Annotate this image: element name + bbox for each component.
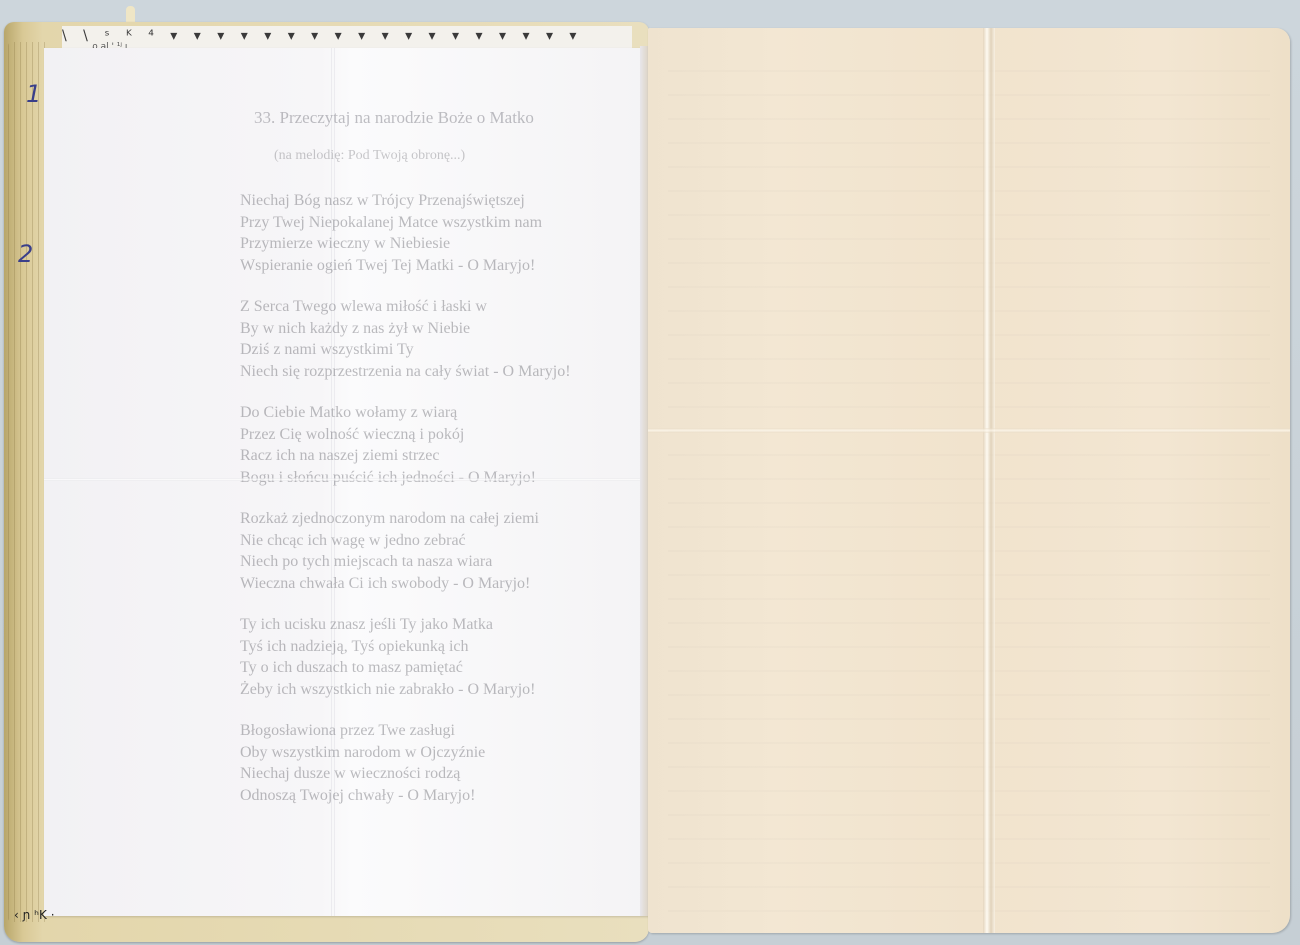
stanza-line: Oby wszystkim narodom w Ojczyźnie <box>240 742 660 764</box>
stanza-line: Wieczna chwała Ci ich swobody - O Maryjo… <box>240 573 660 595</box>
stanza-line: Niechaj Bóg nasz w Trójcy Przenajświętsz… <box>240 190 660 212</box>
stanza: Błogosławiona przez Twe zasługiOby wszys… <box>240 720 660 806</box>
stanza-line: Tyś ich nadzieją, Tyś opiekunką ich <box>240 636 660 658</box>
stanza-line: Nie chcąc ich wagę w jedno zebrać <box>240 530 660 552</box>
handwritten-corner-mark: ‹ ɲ ʰK · <box>14 908 55 922</box>
stanza-line: Błogosławiona przez Twe zasługi <box>240 720 660 742</box>
stanza: Rozkaż zjednoczonym narodom na całej zie… <box>240 508 660 594</box>
song-stanzas: Niechaj Bóg nasz w Trójcy Przenajświętsz… <box>240 190 660 826</box>
stanza-line: Przez Cię wolność wieczną i pokój <box>240 424 660 446</box>
stanza-line: Ty o ich duszach to masz pamiętać <box>240 657 660 679</box>
stanza-line: Wspieranie ogień Twej Tej Matki - O Mary… <box>240 255 660 277</box>
left-page-sheet: 33. Przeczytaj na narodzie Boże o Matko … <box>44 48 658 916</box>
vertical-fold-crease <box>983 28 995 933</box>
top-torn-strip: \ \ ˢ ᴷ ⁴ ▾ ▾ ▾ ▾ ▾ ▾ ▾ ▾ ▾ ▾ ▾ ▾ ▾ ▾ ▾ … <box>62 26 632 50</box>
stanza-line: Żeby ich wszystkich nie zabrakło - O Mar… <box>240 679 660 701</box>
stanza-line: Dziś z nami wszystkimi Ty <box>240 339 660 361</box>
stanza-line: Przymierze wieczny w Niebiesie <box>240 233 660 255</box>
horizontal-fold-crease <box>648 428 1290 433</box>
handwritten-number-2: 2 <box>18 240 33 268</box>
stanza-line: Do Ciebie Matko wołamy z wiarą <box>240 402 660 424</box>
show-through-texture <box>668 48 1270 913</box>
stanza-line: Niechaj dusze w wieczności rodzą <box>240 763 660 785</box>
stanza: Niechaj Bóg nasz w Trójcy Przenajświętsz… <box>240 190 660 276</box>
stanza: Ty ich ucisku znasz jeśli Ty jako MatkaT… <box>240 614 660 700</box>
stanza-line: Bogu i słońcu puścić ich jedności - O Ma… <box>240 467 660 489</box>
song-subtitle: (na melodię: Pod Twoją obronę...) <box>274 148 465 164</box>
stanza-line: Ty ich ucisku znasz jeśli Ty jako Matka <box>240 614 660 636</box>
stanza-line: Z Serca Twego wlewa miłość i łaski w <box>240 296 660 318</box>
page-edges <box>8 42 48 922</box>
stanza-line: Niech się rozprzestrzenia na cały świat … <box>240 361 660 383</box>
stanza: Z Serca Twego wlewa miłość i łaski wBy w… <box>240 296 660 382</box>
right-page-blank <box>648 28 1290 933</box>
stanza-line: Niech po tych miejscach ta nasza wiara <box>240 551 660 573</box>
handwritten-number-1: 1 <box>26 80 41 108</box>
stanza-line: By w nich każdy z nas żył w Niebie <box>240 318 660 340</box>
stanza-line: Przy Twej Niepokalanej Matce wszystkim n… <box>240 212 660 234</box>
stanza: Do Ciebie Matko wołamy z wiarąPrzez Cię … <box>240 402 660 488</box>
stanza-line: Racz ich na naszej ziemi strzec <box>240 445 660 467</box>
stanza-line: Odnoszą Twojej chwały - O Maryjo! <box>240 785 660 807</box>
stanza-line: Rozkaż zjednoczonym narodom na całej zie… <box>240 508 660 530</box>
top-strip-marks: \ \ ˢ ᴷ ⁴ ▾ ▾ ▾ ▾ ▾ ▾ ▾ ▾ ▾ ▾ ▾ ▾ ▾ ▾ ▾ … <box>62 28 632 44</box>
song-title: 33. Przeczytaj na narodzie Boże o Matko <box>254 108 534 128</box>
